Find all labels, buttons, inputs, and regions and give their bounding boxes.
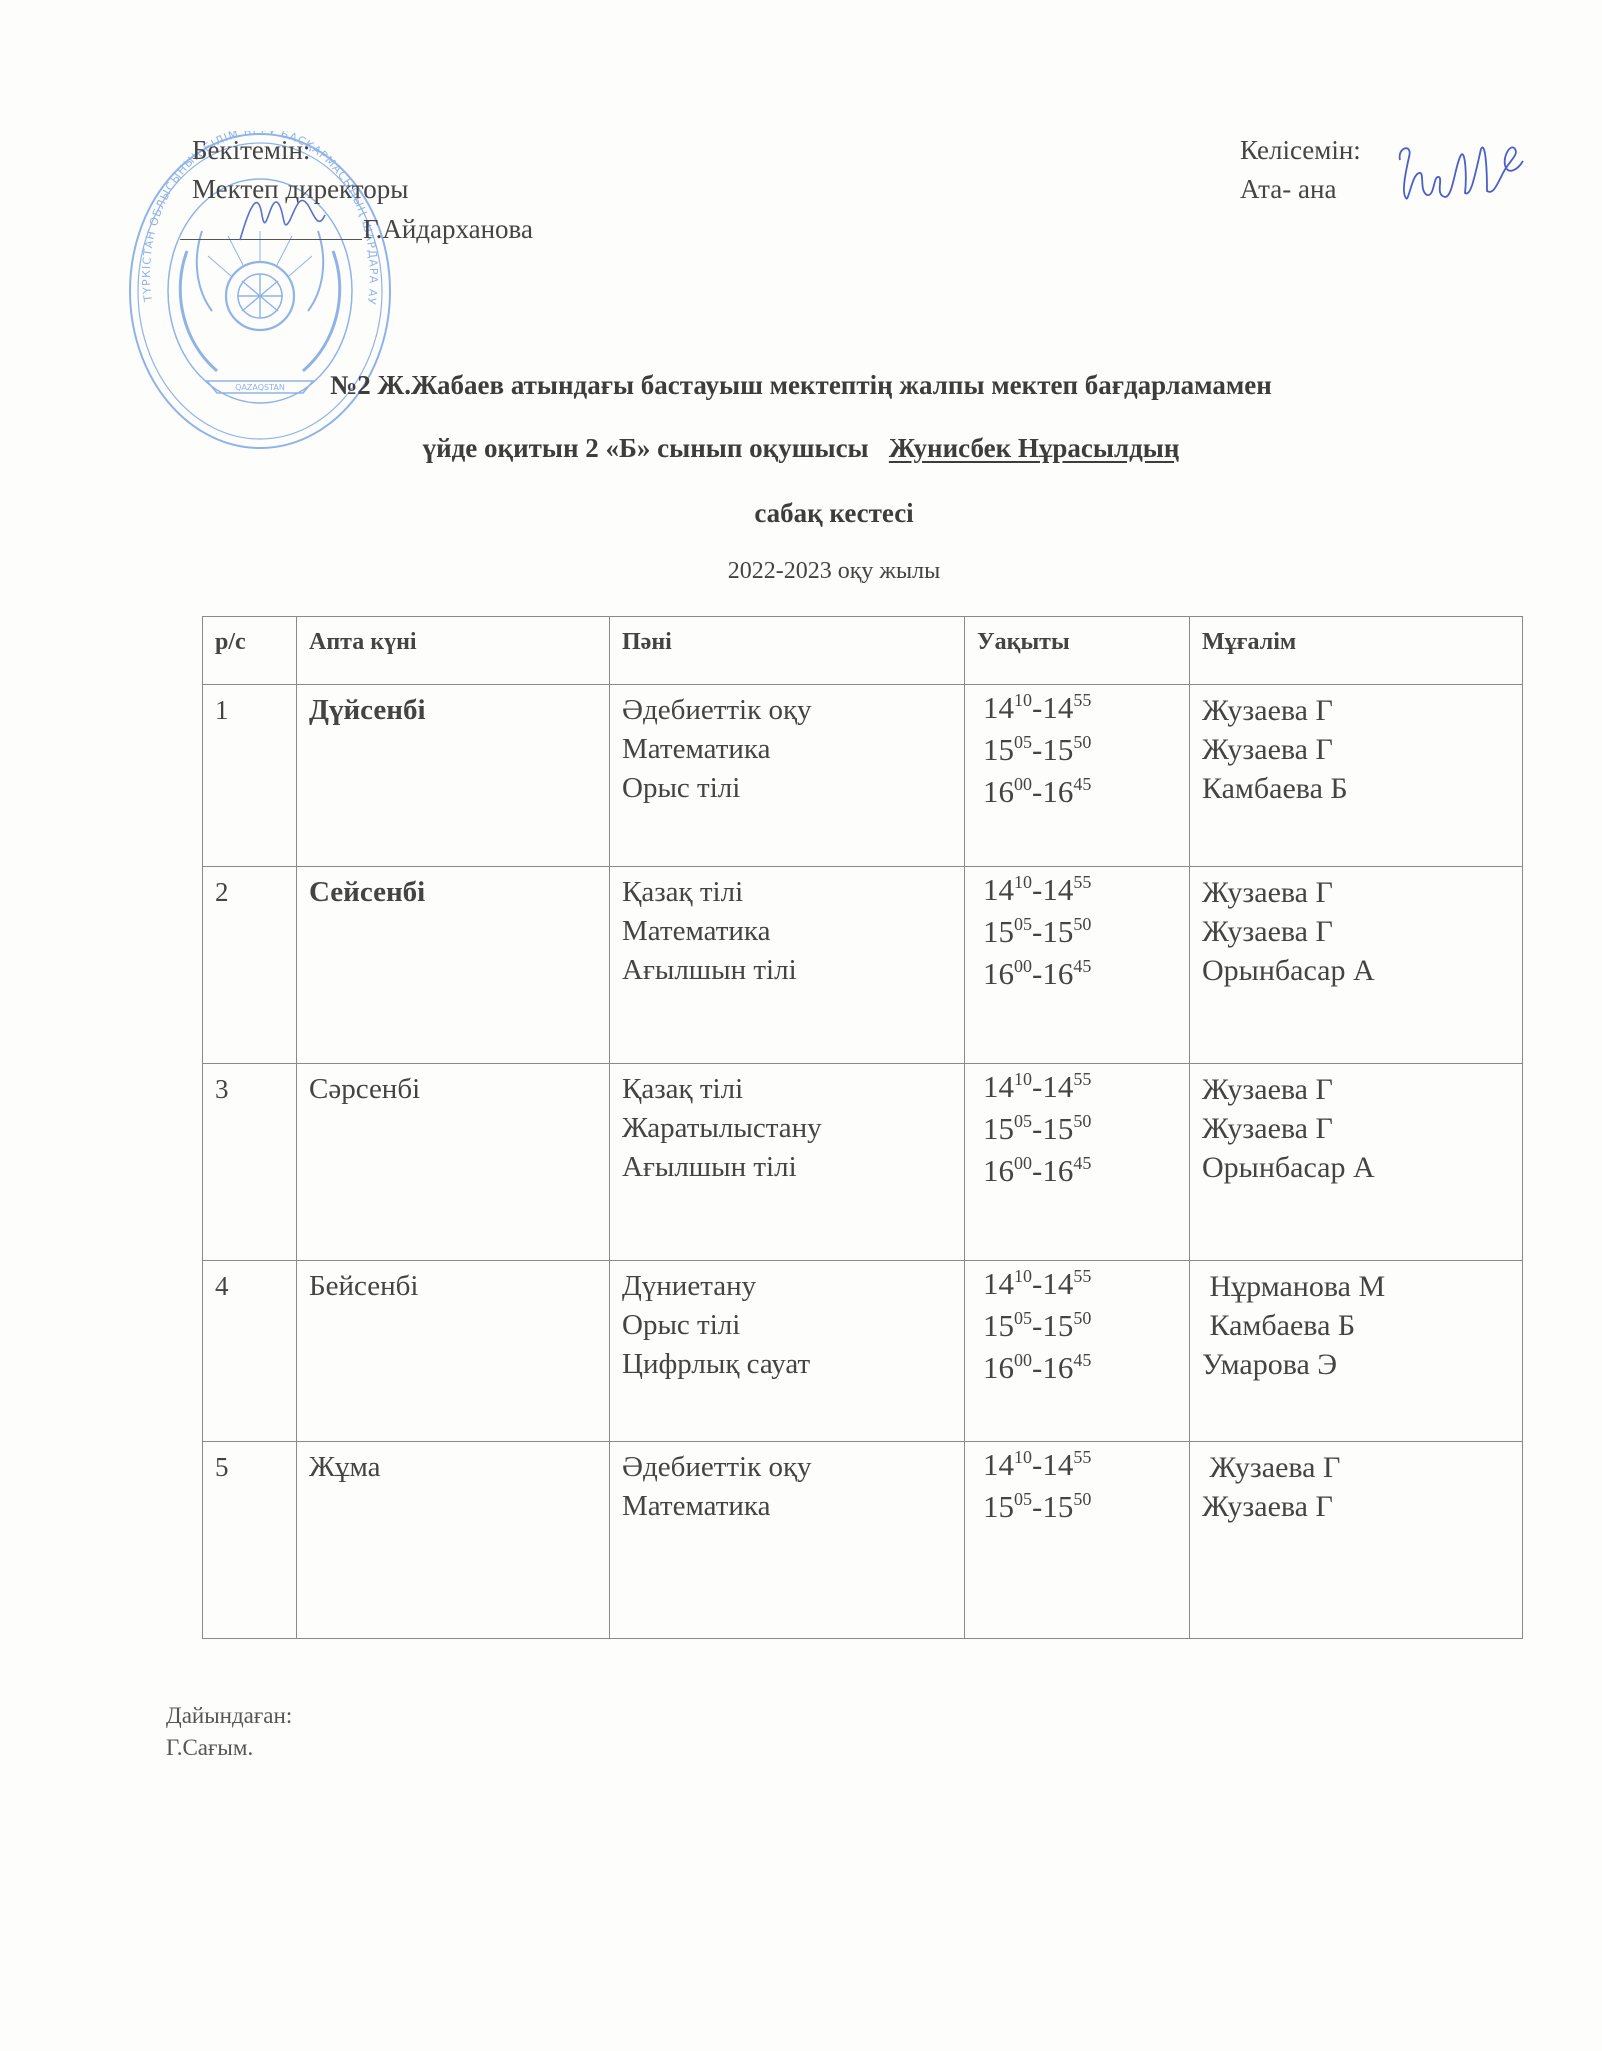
time-minutes: 55: [1073, 1266, 1091, 1286]
time-hour: 15: [983, 914, 1014, 949]
row-times: 1410-14551505-1550: [965, 1442, 1190, 1639]
time-hour: 16: [983, 956, 1014, 991]
teacher-item: Жузаева Г: [1202, 1109, 1522, 1148]
title-line-1: №2 Ж.Жабаев атындағы бастауыш мектептің …: [0, 370, 1602, 401]
time-hour: 14: [983, 1447, 1014, 1482]
teacher-item: Умарова Э: [1202, 1345, 1522, 1384]
time-minutes: 10: [1014, 1069, 1032, 1089]
time-minutes: 45: [1073, 774, 1091, 794]
time-hour: 16: [1042, 774, 1073, 809]
subject-item: Әдебиеттік оқу: [622, 1448, 964, 1487]
time-minutes: 10: [1014, 1447, 1032, 1467]
row-weekday: Сәрсенбі: [297, 1064, 610, 1261]
time-slot: 1410-1455: [983, 1066, 1189, 1108]
time-minutes: 00: [1014, 774, 1032, 794]
time-hour: 14: [983, 1266, 1014, 1301]
time-hour: 14: [1042, 1266, 1073, 1301]
title-line-3: сабақ кестесі: [0, 498, 1602, 529]
time-minutes: 55: [1073, 690, 1091, 710]
table-header-row: р/с Апта күні Пәні Уақыты Мұғалім: [203, 617, 1523, 685]
time-minutes: 00: [1014, 956, 1032, 976]
approval-name: Г.Айдарханова: [363, 216, 533, 243]
time-hour: 14: [983, 1069, 1014, 1104]
time-hour: 14: [983, 690, 1014, 725]
row-times: 1410-14551505-15501600-1645: [965, 1261, 1190, 1442]
time-minutes: 05: [1014, 732, 1032, 752]
subject-item: Математика: [622, 912, 964, 951]
time-minutes: 55: [1073, 872, 1091, 892]
table-row: 1ДүйсенбіӘдебиеттік оқуМатематикаОрыс ті…: [203, 685, 1523, 867]
time-hour: 15: [1042, 1111, 1073, 1146]
row-subjects: Қазақ тіліМатематикаАғылшын тілі: [610, 867, 965, 1064]
time-minutes: 50: [1073, 1308, 1091, 1328]
time-minutes: 00: [1014, 1350, 1032, 1370]
table-row: 5ЖұмаӘдебиеттік оқуМатематика1410-145515…: [203, 1442, 1523, 1639]
time-minutes: 55: [1073, 1069, 1091, 1089]
time-hour: 16: [1042, 956, 1073, 991]
row-number: 3: [203, 1064, 297, 1261]
time-slot: 1600-1645: [983, 1347, 1189, 1389]
subject-item: Жаратылыстану: [622, 1109, 964, 1148]
time-minutes: 10: [1014, 872, 1032, 892]
time-hour: 15: [983, 732, 1014, 767]
row-subjects: Әдебиеттік оқуМатематика: [610, 1442, 965, 1639]
time-minutes: 45: [1073, 1350, 1091, 1370]
header-weekday: Апта күні: [297, 617, 610, 685]
row-teachers: Нұрманова М Камбаева БУмарова Э: [1190, 1261, 1523, 1442]
table-row: 4БейсенбіДүниетануОрыс тіліЦифрлық сауат…: [203, 1261, 1523, 1442]
subject-item: Математика: [622, 1487, 964, 1526]
teacher-item: Жузаева Г: [1202, 1070, 1522, 1109]
teacher-item: Орынбасар А: [1202, 951, 1522, 990]
teacher-item: Камбаева Б: [1202, 1306, 1522, 1345]
director-signature-icon: [230, 185, 340, 245]
time-hour: 15: [983, 1308, 1014, 1343]
time-hour: 16: [983, 1153, 1014, 1188]
time-hour: 14: [1042, 1447, 1073, 1482]
time-hour: 16: [1042, 1153, 1073, 1188]
time-slot: 1410-1455: [983, 687, 1189, 729]
time-slot: 1600-1645: [983, 771, 1189, 813]
subject-item: Математика: [622, 730, 964, 769]
row-weekday: Дүйсенбі: [297, 685, 610, 867]
header-subject: Пәні: [610, 617, 965, 685]
time-hour: 15: [983, 1111, 1014, 1146]
time-hour: 15: [1042, 914, 1073, 949]
row-weekday: Бейсенбі: [297, 1261, 610, 1442]
teacher-item: Жузаева Г: [1202, 691, 1522, 730]
time-hour: 14: [1042, 1069, 1073, 1104]
teacher-item: Жузаева Г: [1202, 1487, 1522, 1526]
row-number: 5: [203, 1442, 297, 1639]
time-minutes: 05: [1014, 1111, 1032, 1131]
teacher-item: Жузаева Г: [1202, 1448, 1522, 1487]
row-subjects: Қазақ тіліЖаратылыстануАғылшын тілі: [610, 1064, 965, 1261]
row-teachers: Жузаева ГЖузаева ГКамбаева Б: [1190, 685, 1523, 867]
header-number: р/с: [203, 617, 297, 685]
prepared-by-name: Г.Сағым.: [166, 1735, 253, 1761]
title-line-2: үйде оқитын 2 «Б» сынып оқушысы Жунисбек…: [0, 433, 1602, 464]
time-minutes: 10: [1014, 1266, 1032, 1286]
prepared-by-label: Дайындаған:: [166, 1703, 292, 1729]
row-times: 1410-14551505-15501600-1645: [965, 1064, 1190, 1261]
table-row: 2СейсенбіҚазақ тіліМатематикаАғылшын тіл…: [203, 867, 1523, 1064]
teacher-item: Нұрманова М: [1202, 1267, 1522, 1306]
header-time: Уақыты: [965, 617, 1190, 685]
subject-item: Орыс тілі: [622, 1306, 964, 1345]
approval-label: Бекітемін:: [192, 137, 310, 164]
subject-item: Цифрлық сауат: [622, 1345, 964, 1384]
row-number: 4: [203, 1261, 297, 1442]
time-hour: 15: [1042, 1308, 1073, 1343]
row-teachers: Жузаева ГЖузаева Г: [1190, 1442, 1523, 1639]
time-slot: 1505-1550: [983, 1486, 1189, 1528]
parent-signature-icon: [1395, 135, 1525, 210]
row-times: 1410-14551505-15501600-1645: [965, 685, 1190, 867]
time-minutes: 45: [1073, 1153, 1091, 1173]
row-teachers: Жузаева ГЖузаева ГОрынбасар А: [1190, 867, 1523, 1064]
teacher-item: Орынбасар А: [1202, 1148, 1522, 1187]
time-slot: 1410-1455: [983, 1444, 1189, 1486]
row-times: 1410-14551505-15501600-1645: [965, 867, 1190, 1064]
time-hour: 15: [1042, 732, 1073, 767]
time-hour: 16: [1042, 1350, 1073, 1385]
table-row: 3СәрсенбіҚазақ тіліЖаратылыстануАғылшын …: [203, 1064, 1523, 1261]
time-hour: 16: [983, 1350, 1014, 1385]
school-year: 2022-2023 оқу жылы: [0, 558, 1602, 585]
time-hour: 14: [983, 872, 1014, 907]
time-hour: 15: [983, 1489, 1014, 1524]
time-slot: 1600-1645: [983, 953, 1189, 995]
student-name: Жунисбек Нұрасылдың: [889, 433, 1180, 463]
time-hour: 14: [1042, 690, 1073, 725]
time-minutes: 00: [1014, 1153, 1032, 1173]
subject-item: Дүниетану: [622, 1267, 964, 1306]
time-slot: 1600-1645: [983, 1150, 1189, 1192]
teacher-item: Жузаева Г: [1202, 730, 1522, 769]
time-minutes: 50: [1073, 914, 1091, 934]
time-slot: 1505-1550: [983, 911, 1189, 953]
time-hour: 15: [1042, 1489, 1073, 1524]
title-line-2-prefix: үйде оқитын 2 «Б» сынып оқушысы: [423, 433, 869, 463]
time-slot: 1410-1455: [983, 1263, 1189, 1305]
agreement-label: Келісемін:: [1240, 137, 1361, 164]
teacher-item: Жузаева Г: [1202, 873, 1522, 912]
time-minutes: 10: [1014, 690, 1032, 710]
agreement-position: Ата- ана: [1240, 176, 1336, 203]
teacher-item: Камбаева Б: [1202, 769, 1522, 808]
time-minutes: 45: [1073, 956, 1091, 976]
time-slot: 1505-1550: [983, 729, 1189, 771]
subject-item: Қазақ тілі: [622, 1070, 964, 1109]
time-minutes: 55: [1073, 1447, 1091, 1467]
time-slot: 1410-1455: [983, 869, 1189, 911]
schedule-table: р/с Апта күні Пәні Уақыты Мұғалім 1Дүйсе…: [202, 616, 1523, 1639]
header-teacher: Мұғалім: [1190, 617, 1523, 685]
row-subjects: ДүниетануОрыс тіліЦифрлық сауат: [610, 1261, 965, 1442]
row-weekday: Жұма: [297, 1442, 610, 1639]
time-hour: 14: [1042, 872, 1073, 907]
subject-item: Орыс тілі: [622, 769, 964, 808]
time-slot: 1505-1550: [983, 1305, 1189, 1347]
time-minutes: 05: [1014, 1489, 1032, 1509]
teacher-item: Жузаева Г: [1202, 912, 1522, 951]
row-number: 1: [203, 685, 297, 867]
time-minutes: 05: [1014, 1308, 1032, 1328]
row-number: 2: [203, 867, 297, 1064]
time-minutes: 50: [1073, 1111, 1091, 1131]
time-minutes: 50: [1073, 732, 1091, 752]
row-teachers: Жузаева ГЖузаева ГОрынбасар А: [1190, 1064, 1523, 1261]
time-minutes: 05: [1014, 914, 1032, 934]
subject-item: Қазақ тілі: [622, 873, 964, 912]
row-weekday: Сейсенбі: [297, 867, 610, 1064]
time-slot: 1505-1550: [983, 1108, 1189, 1150]
time-hour: 16: [983, 774, 1014, 809]
subject-item: Ағылшын тілі: [622, 1148, 964, 1187]
time-minutes: 50: [1073, 1489, 1091, 1509]
row-subjects: Әдебиеттік оқуМатематикаОрыс тілі: [610, 685, 965, 867]
subject-item: Әдебиеттік оқу: [622, 691, 964, 730]
subject-item: Ағылшын тілі: [622, 951, 964, 990]
